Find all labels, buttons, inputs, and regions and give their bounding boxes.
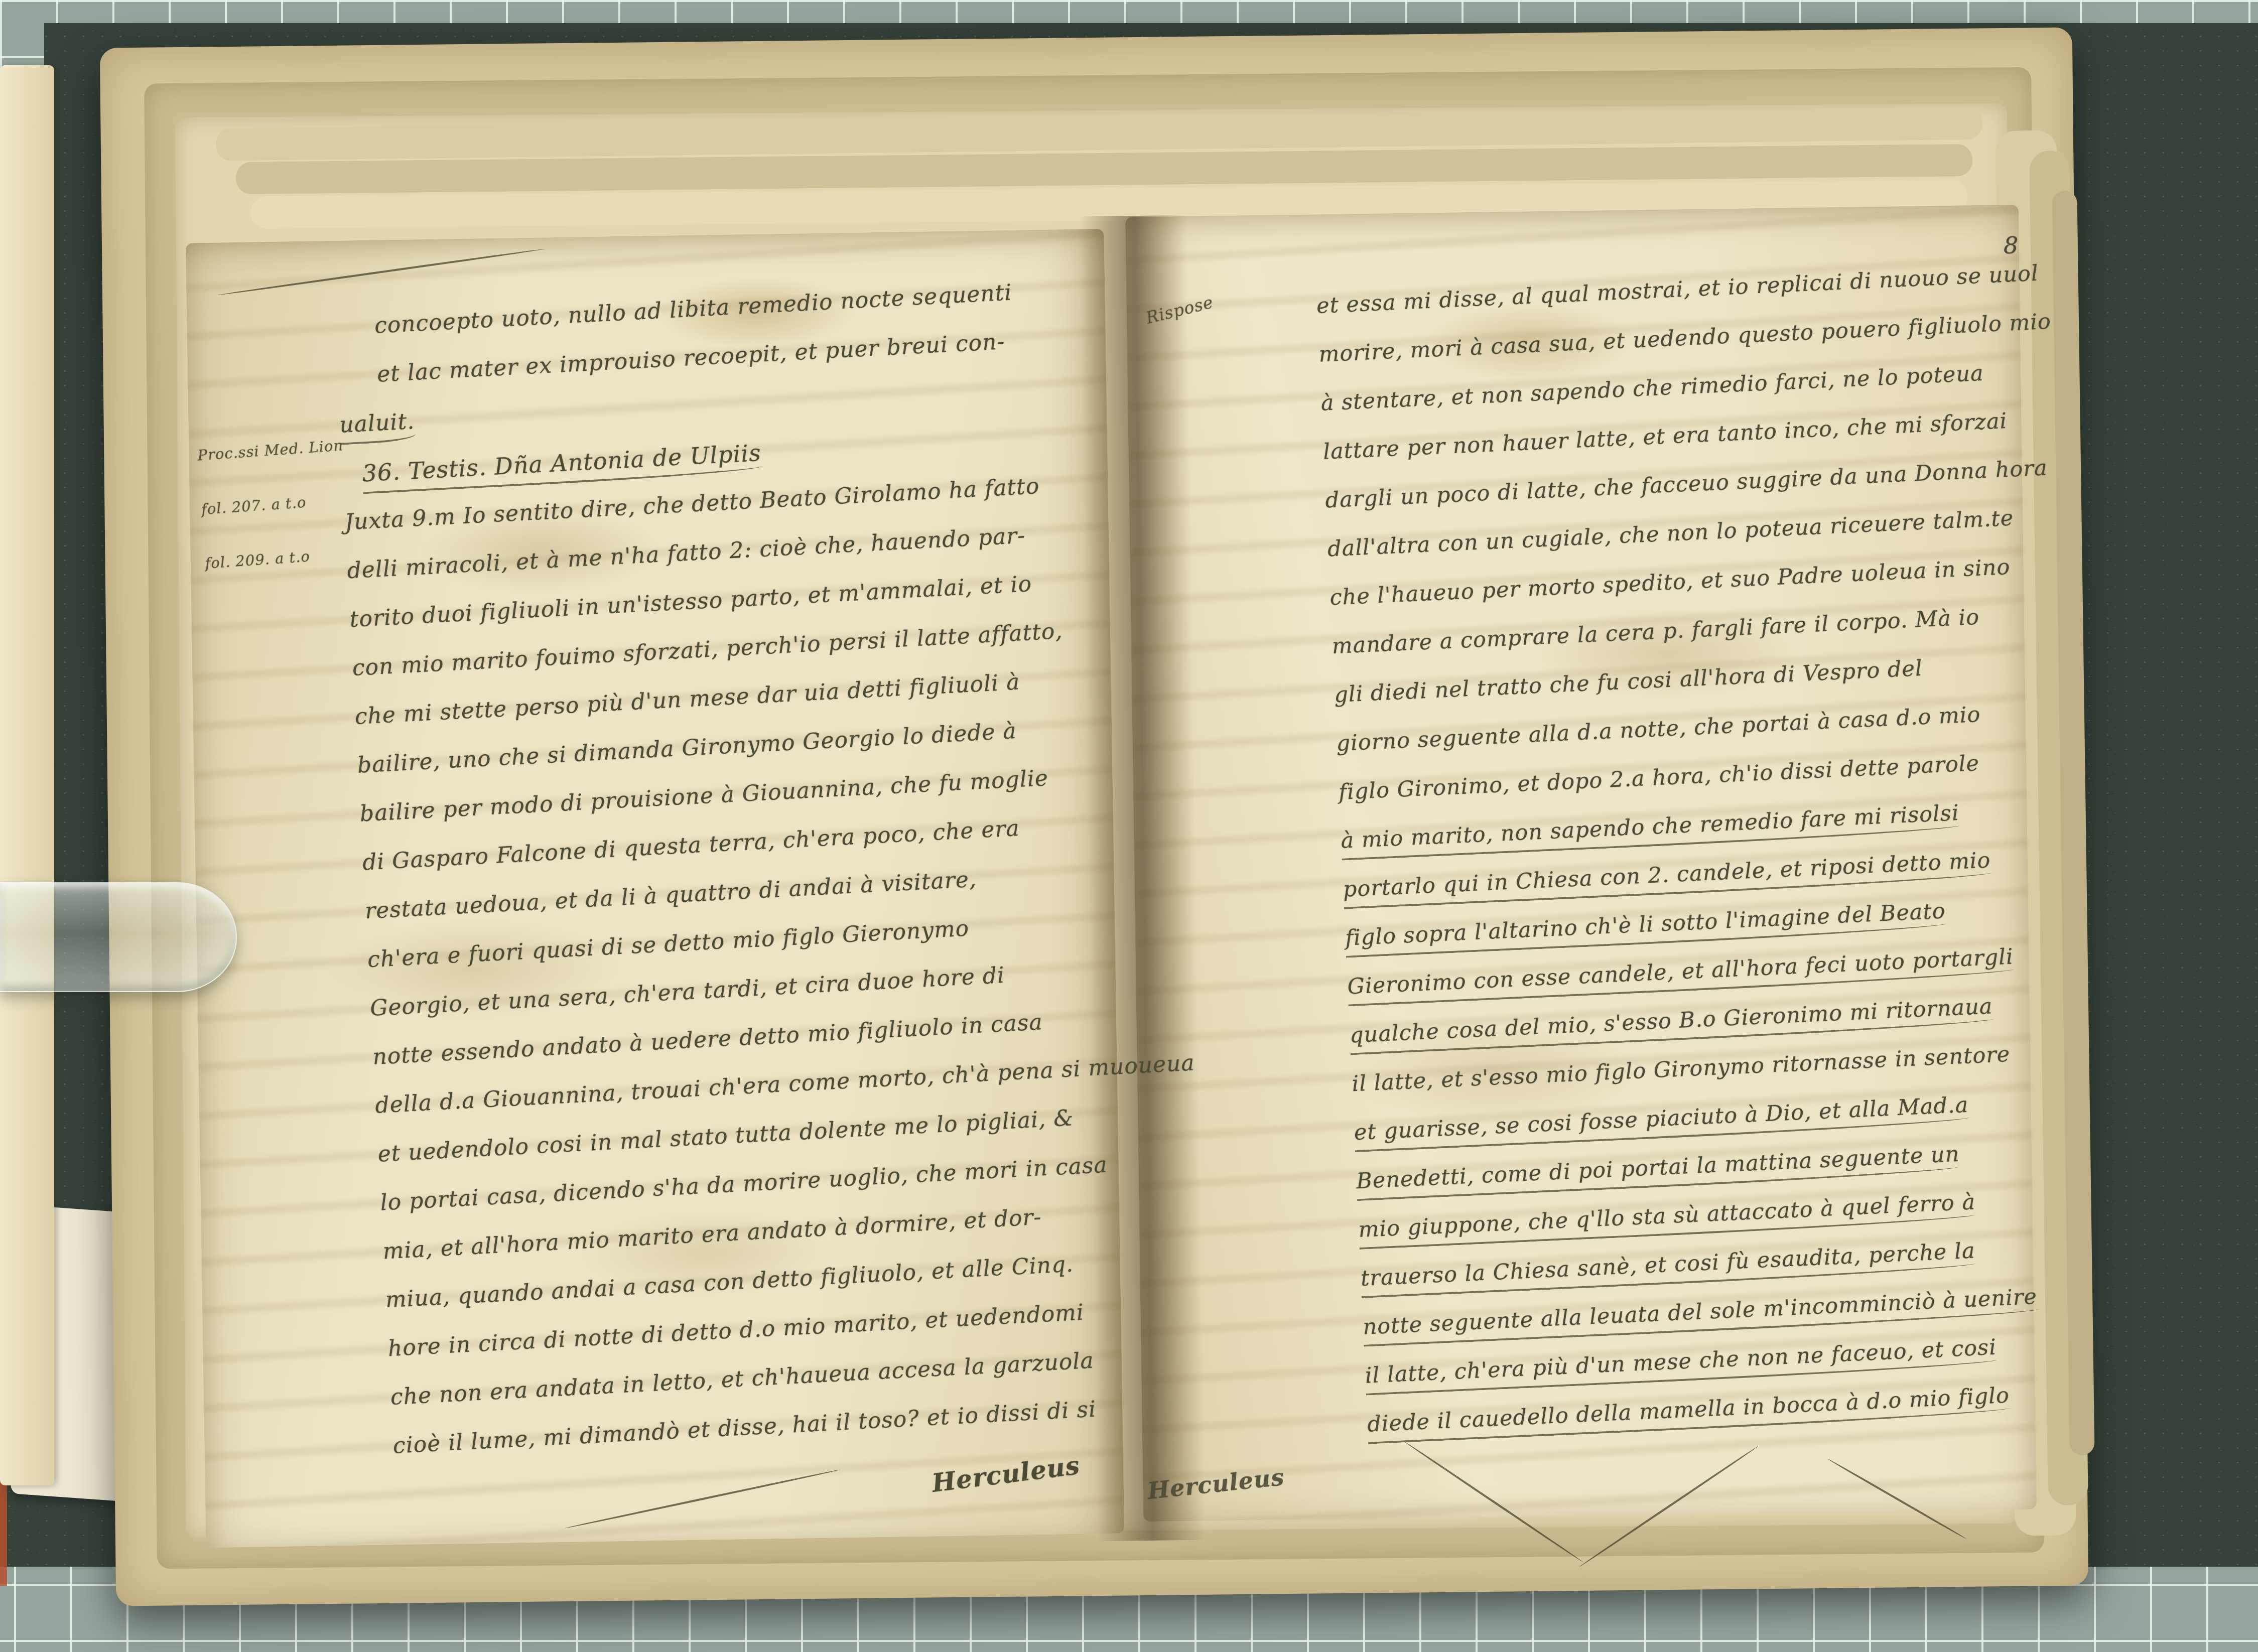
manuscript-line: et uedendolo cosi in mal stato tutta dol… <box>377 1105 1074 1167</box>
manuscript-line: et lac mater ex improuiso recoepit, et p… <box>376 329 1005 387</box>
manuscript-line: ch'era e fuori quasi di se detto mio fig… <box>367 915 970 973</box>
manuscript-line: che mi stette perso più d'un mese dar ui… <box>354 669 1021 729</box>
manuscript-line: qualche cosa del mio, s'esso B.o Gieroni… <box>1349 994 1994 1055</box>
manuscript-line: cioè il lume, mi dimandò et disse, hai i… <box>392 1397 1097 1459</box>
manuscript-line: mia, et all'hora mio marito era andato à… <box>382 1204 1042 1265</box>
manuscript-line: mandare a comprare la cera p. fargli far… <box>1332 605 1980 659</box>
manuscript-line: diede il cauedello della mamella in bocc… <box>1367 1383 2010 1444</box>
manuscript-line: restata uedoua, et da li à quattro di an… <box>364 867 977 924</box>
glass-page-weight <box>0 882 237 992</box>
manuscript-line: con mio marito fouimo sforzati, perch'io… <box>352 618 1064 681</box>
manuscript-photo: Proc.ssi Med. Lionfol. 207. a t.ofol. 20… <box>0 0 2258 1652</box>
manuscript-line: delli miracoli, et à me n'ha fatto 2: ci… <box>346 523 1026 584</box>
manuscript-line: trauerso la Chiesa sanè, et cosi fù esau… <box>1360 1238 1976 1298</box>
page-number: 8 <box>2004 232 2019 259</box>
manuscript-line: mio giuppone, che q'llo sta sù attaccato… <box>1358 1189 1976 1250</box>
left-page-text: concoepto uoto, nullo ad libita remedio … <box>334 276 1154 1528</box>
right-page-text: et essa mi disse, al qual mostrai, et io… <box>1316 260 2113 1507</box>
manuscript-line: miua, quando andai a casa con detto figl… <box>385 1251 1075 1313</box>
manuscript-line: gli diedi nel tratto che fu cosi all'hor… <box>1334 656 1923 708</box>
manuscript-line: à stentare, et non sapendo che rimedio f… <box>1320 361 1984 416</box>
manuscript-line: et guarisse, se cosi fosse piaciuto à Di… <box>1354 1092 1969 1153</box>
manuscript-line: bailire, uno che si dimanda Gironymo Geo… <box>357 718 1017 778</box>
manuscript-line: lattare per non hauer latte, et era tant… <box>1322 408 2008 465</box>
cover-flap-left-edge <box>0 65 54 1485</box>
manuscript-line: 36. Testis. Dña Antonia de Ulpiis <box>361 439 762 494</box>
grid-mat-top-strip <box>0 0 2258 23</box>
manuscript-line: di Gasparo Falcone di questa terra, ch'e… <box>362 815 1020 876</box>
manuscript-line: che l'haueuo per morto spedito, et suo P… <box>1329 555 2011 611</box>
manuscript-line: che non era andata in letto, et ch'haueu… <box>390 1348 1095 1410</box>
manuscript-line: morire, mori à casa sua, et uedendo ques… <box>1318 309 2051 367</box>
manuscript-line: portarlo qui in Chiesa con 2. candele, e… <box>1343 848 1991 909</box>
manuscript-line: il latte, ch'era più d'un mese che non n… <box>1365 1335 1998 1396</box>
manuscript-line: dargli un poco di latte, che facceuo sug… <box>1325 455 2048 513</box>
manuscript-line: giorno seguente alla d.a notte, che port… <box>1336 702 1981 756</box>
manuscript-line: figlo Gironimo, et dopo 2.a hora, ch'io … <box>1338 751 1980 805</box>
manuscript-line: hore in circa di notte di detto d.o mio … <box>387 1300 1085 1362</box>
manuscript-line: figlo sopra l'altarino ch'è li sotto l'i… <box>1345 898 1946 957</box>
manuscript-line: Benedetti, come di poi portai la mattina… <box>1356 1142 1960 1201</box>
manuscript-line: torito duoi figliuoli in un'istesso part… <box>349 571 1032 632</box>
manuscript-line: à mio marito, non sapendo che remedio fa… <box>1340 800 1960 861</box>
manuscript-line: Georgio, et una sera, ch'era tardi, et c… <box>369 962 1005 1021</box>
manuscript-line: notte essendo andato à uedere detto mio … <box>372 1009 1043 1070</box>
manuscript-line: dall'altra con un cugiale, che non lo po… <box>1327 505 2014 562</box>
manuscript-line: bailire per modo di prouisione à Giouann… <box>359 765 1049 827</box>
manuscript-line: ualuit. <box>339 408 416 445</box>
